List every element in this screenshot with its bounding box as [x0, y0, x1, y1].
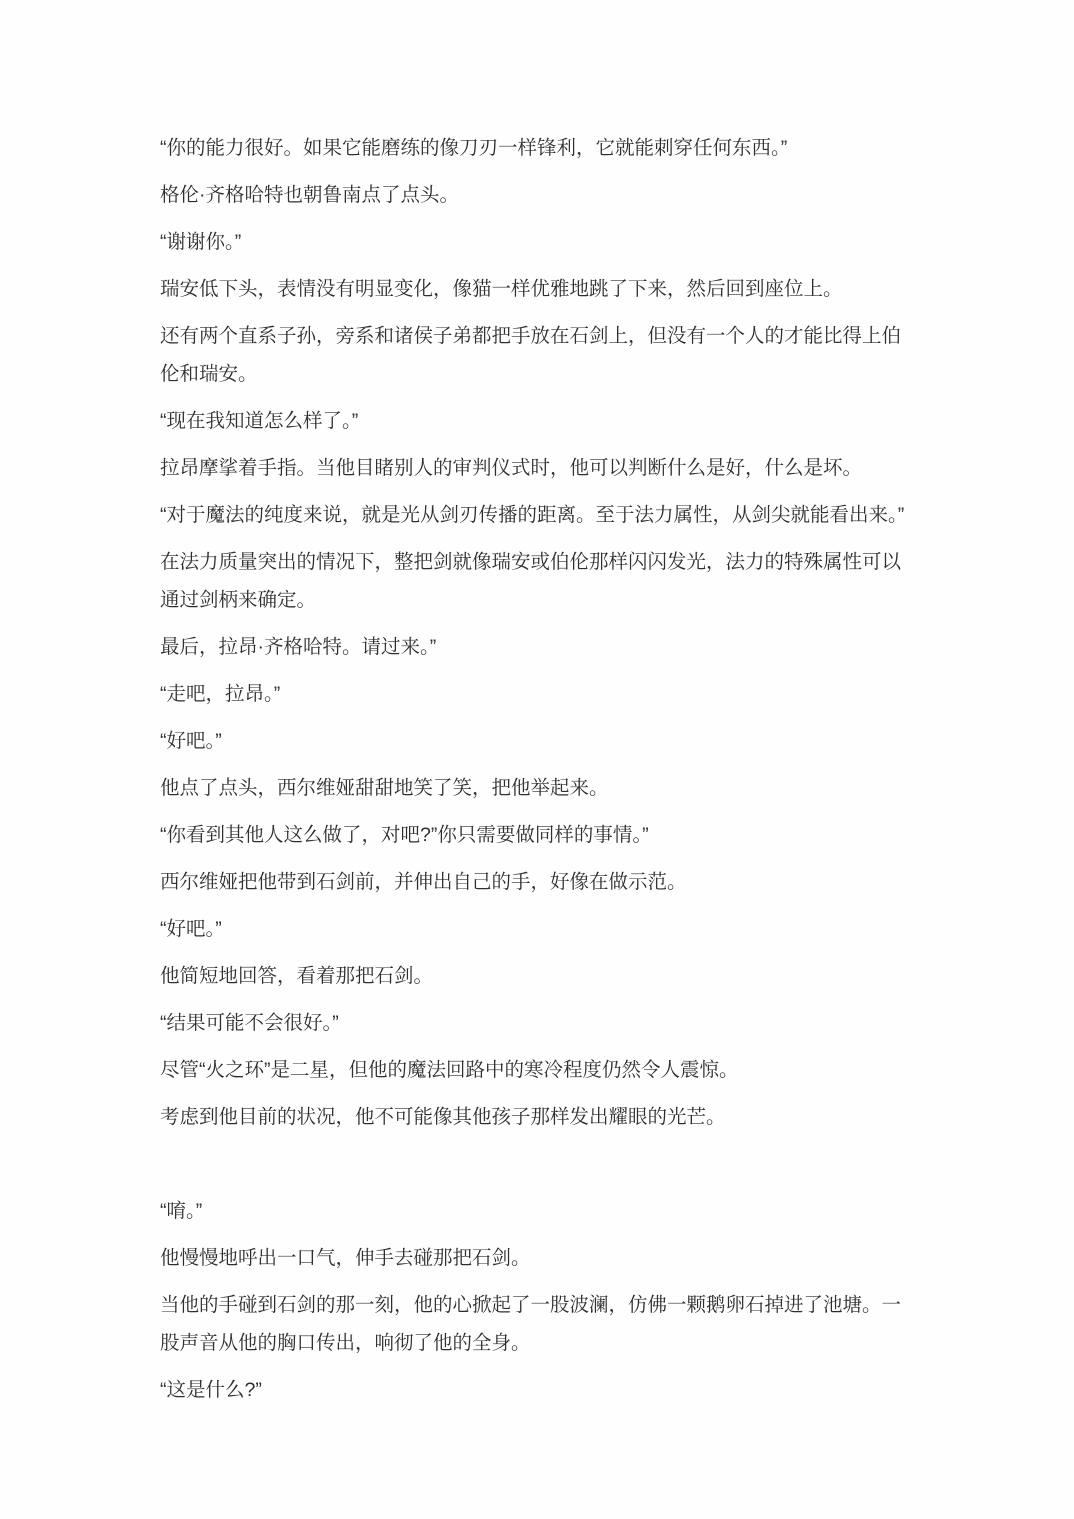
- paragraph: “结果可能不会很好。”: [160, 1004, 916, 1042]
- paragraph: 拉昂摩挲着手指。当他目睹别人的审判仪式时，他可以判断什么是好，什么是坏。: [160, 449, 916, 487]
- paragraph: “谢谢你。”: [160, 223, 916, 261]
- paragraph: “对于魔法的纯度来说，就是光从剑刃传播的距离。至于法力属性，从剑尖就能看出来。”: [160, 496, 916, 534]
- paragraph: 他慢慢地呼出一口气，伸手去碰那把石剑。: [160, 1239, 916, 1277]
- paragraph: 考虑到他目前的状况，他不可能像其他孩子那样发出耀眼的光芒。: [160, 1098, 916, 1136]
- paragraph: “走吧，拉昂。”: [160, 675, 916, 713]
- paragraph: “好吧。”: [160, 910, 916, 948]
- paragraph: “唷。”: [160, 1192, 916, 1230]
- paragraph: 他点了点头，西尔维娅甜甜地笑了笑，把他举起来。: [160, 769, 916, 807]
- paragraph: “现在我知道怎么样了。”: [160, 402, 916, 440]
- paragraph: 西尔维娅把他带到石剑前，并伸出自己的手，好像在做示范。: [160, 863, 916, 901]
- paragraph: “你的能力很好。如果它能磨练的像刀刃一样锋利，它就能刺穿任何东西。”: [160, 129, 916, 167]
- paragraph: 尽管“火之环”是二星，但他的魔法回路中的寒冷程度仍然令人震惊。: [160, 1051, 916, 1089]
- paragraph-blank: [160, 1145, 916, 1183]
- paragraph: 最后，拉昂·齐格哈特。请过来。”: [160, 628, 916, 666]
- paragraph-list: “你的能力很好。如果它能磨练的像刀刃一样锋利，它就能刺穿任何东西。”格伦·齐格哈…: [160, 129, 916, 1418]
- paragraph: 当他的手碰到石剑的那一刻，他的心掀起了一股波澜，仿佛一颗鹅卵石掉进了池塘。一股声…: [160, 1286, 916, 1362]
- paragraph: 格伦·齐格哈特也朝鲁南点了点头。: [160, 176, 916, 214]
- paragraph: 瑞安低下头，表情没有明显变化，像猫一样优雅地跳了下来，然后回到座位上。: [160, 270, 916, 308]
- paragraph: 在法力质量突出的情况下，整把剑就像瑞安或伯伦那样闪闪发光，法力的特殊属性可以通过…: [160, 543, 916, 619]
- paragraph: “好吧。”: [160, 722, 916, 760]
- paragraph: “你看到其他人这么做了，对吧?”你只需要做同样的事情。”: [160, 816, 916, 854]
- document-page: “你的能力很好。如果它能磨练的像刀刃一样锋利，它就能刺穿任何东西。”格伦·齐格哈…: [0, 0, 1074, 1519]
- paragraph: 他简短地回答，看着那把石剑。: [160, 957, 916, 995]
- paragraph: “这是什么?”: [160, 1371, 916, 1409]
- paragraph: 还有两个直系子孙，旁系和诸侯子弟都把手放在石剑上，但没有一个人的才能比得上伯伦和…: [160, 317, 916, 393]
